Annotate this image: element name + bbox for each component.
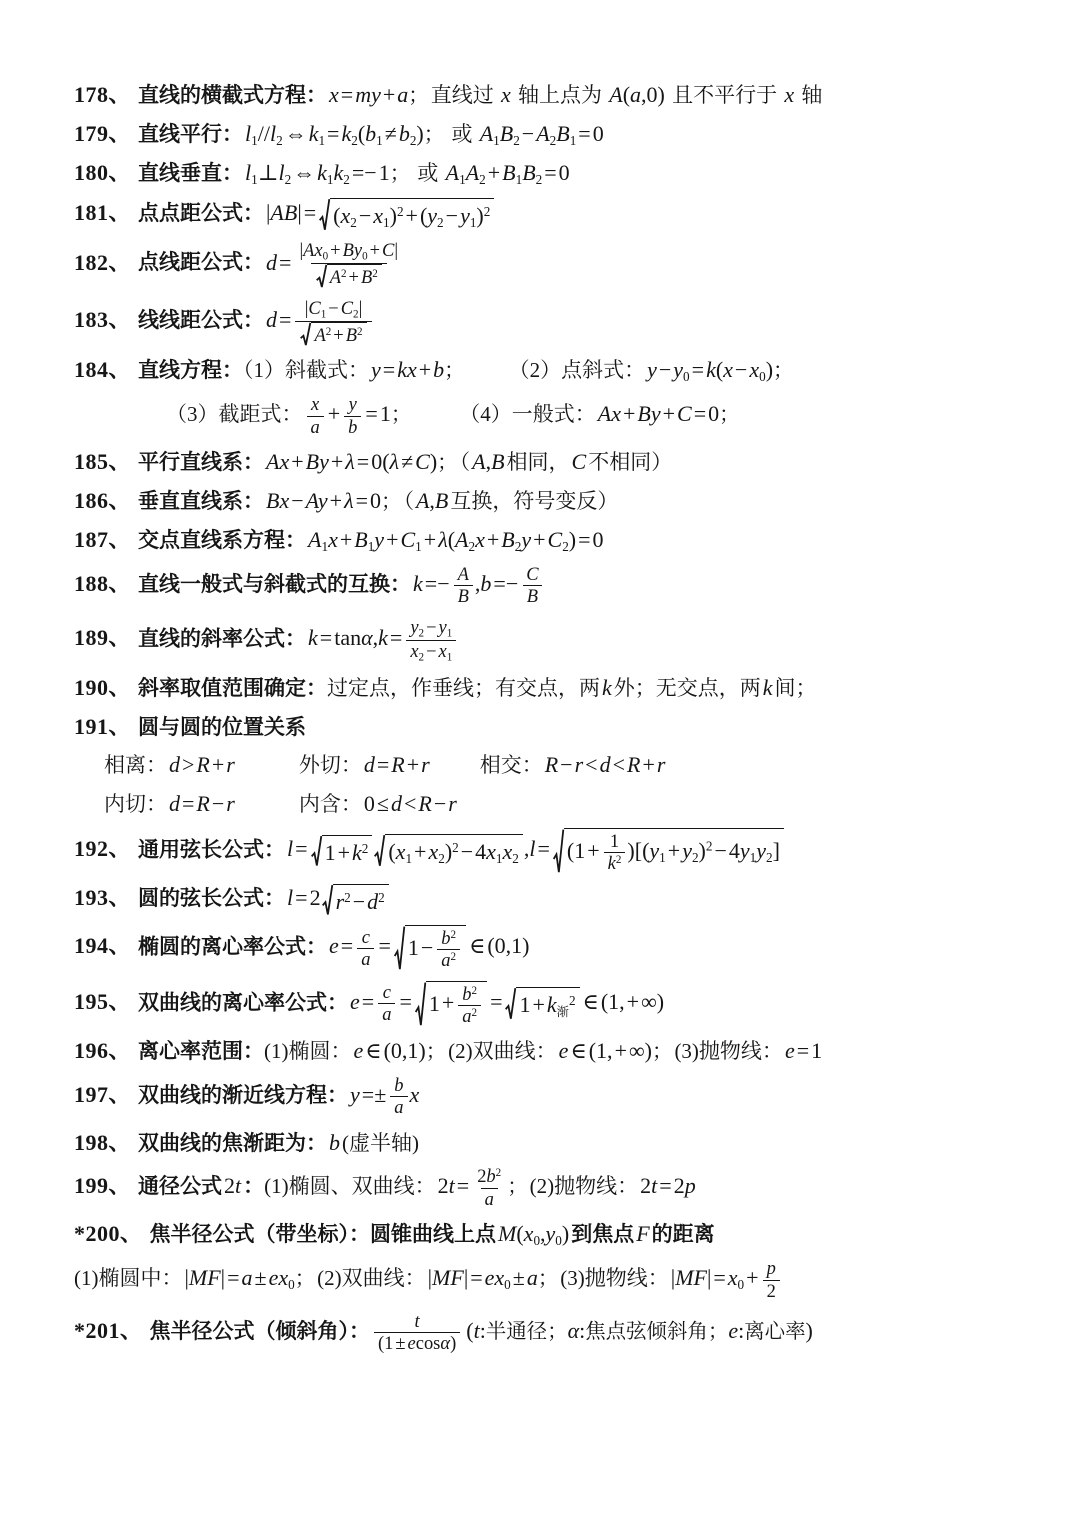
item-number: 178、 [74, 82, 138, 107]
fraction: b2a2 [458, 984, 481, 1028]
math-expression: 0≤d<R−r [362, 791, 459, 816]
math-expression: |AB|=(x2−x1)2+(y2−y1)2 [264, 200, 497, 225]
formula-line-184: 184、直线方程：（1）斜截式：y=kx+b；（2）点斜式：y−y0=k(x−x… [74, 355, 1044, 385]
math-expression: k=−AB,b=−CB [411, 571, 547, 596]
formula-line-190: 190、斜率取值范围确定：过定点，作垂线；有交点，两k外；无交点，两k间； [74, 673, 1044, 703]
formula-line-189: 189、直线的斜率公式：k=tanα,k=y2−y1x2−x1 [74, 617, 1044, 664]
item-heading: 线线距公式： [138, 309, 264, 332]
math-expression: Bx−Ay+λ=0； [264, 488, 403, 513]
item-heading: 点线距公式： [138, 252, 264, 275]
math-expression: e=ca=1−b2a2∈(0,1) [327, 933, 532, 958]
radical: 1+k2 [311, 835, 373, 867]
fraction: yb [344, 394, 361, 438]
radical: (1+1k2)[(y1+y2)2−4y1y2] [553, 828, 784, 875]
item-text: (3)抛物线： [560, 1266, 669, 1290]
item-number: 184、 [74, 357, 138, 382]
fraction: xa [307, 394, 324, 438]
spacer [237, 810, 299, 811]
item-heading: 垂直直线系： [138, 490, 264, 513]
math-expression: d=|C1−C2|A2+B2 [264, 307, 376, 332]
math-expression: Ax+By+λ=0(λ≠C)； [264, 449, 460, 474]
radical-sign-icon [553, 828, 564, 875]
radical-sign-icon [311, 835, 322, 867]
fraction: |C1−C2|A2+B2 [295, 298, 371, 346]
fraction: t(1±ecosα) [374, 1311, 460, 1355]
item-text: (3)抛物线： [674, 1039, 783, 1063]
spacer [432, 771, 480, 772]
item-text: 相同， [507, 450, 570, 474]
item-text: 外；无交点，两 [614, 676, 761, 700]
formula-line-194: 194、椭圆的离心率公式：e=ca=1−b2a2∈(0,1) [74, 925, 1044, 972]
math-expression: d=R−r [167, 791, 237, 816]
formula-line-184b: （3）截距式：xa+yb=1；（4）一般式：Ax+By+C=0； [74, 394, 1044, 438]
item-number: 192、 [74, 836, 138, 861]
math-expression: x [782, 82, 796, 107]
radical-sign-icon [316, 264, 327, 288]
math-expression: 2t=2p [638, 1173, 698, 1198]
math-expression: e=1 [783, 1038, 824, 1063]
item-heading: 直线平行： [138, 123, 243, 146]
item-heading: 通用弦长公式： [138, 838, 285, 861]
item-text: 间； [775, 676, 817, 700]
item-heading: 到焦点 [571, 1223, 634, 1246]
item-heading: 的距离 [652, 1223, 715, 1246]
item-text: （3）截距式： [166, 402, 303, 426]
math-expression: d=R+r [362, 752, 432, 777]
formula-line-198: 198、双曲线的焦渐距为：b(虚半轴) [74, 1128, 1044, 1158]
radical: 1+b2a2 [415, 981, 487, 1028]
item-text: （4）一般式： [459, 402, 596, 426]
item-number: 190、 [74, 675, 138, 700]
formula-line-187: 187、交点直线系方程：A1x+B1y+C1+λ(A2x+B2y+C2)=0 [74, 525, 1044, 555]
item-text: (2)双曲线： [317, 1266, 426, 1290]
math-expression: k [761, 675, 775, 700]
math-expression: A1A2+B1B2=0 [444, 160, 572, 185]
item-text: (1)椭圆中： [74, 1266, 183, 1290]
item-heading: 圆与圆的位置关系 [138, 716, 306, 739]
item-heading: 离心率范围： [138, 1040, 264, 1063]
item-heading: 直线一般式与斜截式的互换： [138, 573, 411, 596]
spacer [237, 771, 299, 772]
math-expression: (t:半通径；α:焦点弦倾斜角；e:离心率) [464, 1318, 815, 1343]
math-expression: A1x+B1y+C1+λ(A2x+B2y+C2)=0 [306, 527, 606, 552]
formula-line-191b: 内切：d=R−r内含：0≤d<R−r [74, 789, 1044, 819]
fraction: 1k2 [604, 831, 626, 875]
radical: A2+B2 [316, 264, 382, 288]
math-expression: xa+yb=1； [303, 401, 414, 426]
math-expression: d>R+r [167, 752, 237, 777]
item-heading: ： [243, 1175, 264, 1198]
item-number: 193、 [74, 885, 138, 910]
item-number: 188、 [74, 571, 138, 596]
math-expression: 2t [222, 1173, 243, 1198]
radical: A2+B2 [300, 322, 366, 346]
item-text: 轴上点为 [513, 83, 608, 107]
item-heading: 圆的弦长公式： [138, 887, 285, 910]
item-heading: 点点距公式： [138, 202, 264, 225]
item-heading: 直线的横截式方程： [138, 84, 327, 107]
fraction: ca [357, 927, 374, 971]
formula-line-178: 178、直线的横截式方程：x=my+a；直线过 x 轴上点为 A(a,0) 且不… [74, 80, 1044, 110]
fraction: ba [390, 1075, 407, 1119]
radical: (x2−x1)2+(y2−y1)2 [319, 198, 494, 231]
formula-line-201: *201、焦半径公式（倾斜角）：t(1±ecosα)(t:半通径；α:焦点弦倾斜… [74, 1311, 1044, 1355]
item-text: （ [403, 489, 414, 513]
formula-line-195: 195、双曲线的离心率公式：e=ca=1+b2a2=1+k渐2∈(1,+∞) [74, 981, 1044, 1028]
formula-line-182: 182、点线距公式：d=|Ax0+By0+C|A2+B2 [74, 240, 1044, 288]
item-heading: 平行直线系： [138, 451, 264, 474]
item-number: *200、 [74, 1221, 150, 1246]
item-number: *201、 [74, 1318, 150, 1343]
formula-line-179: 179、直线平行：l1//l2⇔k1=k2(b1≠b2)； 或 A1B2−A2B… [74, 119, 1044, 149]
math-expression: k=tanα,k=y2−y1x2−x1 [306, 625, 460, 650]
item-number: 198、 [74, 1130, 138, 1155]
radical-sign-icon [300, 322, 311, 346]
item-number: 191、 [74, 714, 138, 739]
math-expression: C [570, 449, 589, 474]
item-heading: 通径公式 [138, 1175, 222, 1198]
radical-sign-icon [394, 925, 405, 972]
spacer [467, 376, 509, 377]
item-heading: 椭圆的离心率公式： [138, 935, 327, 958]
math-expression: e∈(1,+∞)； [557, 1038, 675, 1063]
fraction: y2−y1x2−x1 [406, 617, 456, 664]
formula-line-186: 186、垂直直线系：Bx−Ay+λ=0；（A,B互换，符号变反） [74, 486, 1044, 516]
math-expression: k [600, 675, 614, 700]
math-expression: e=ca=1+b2a2=1+k渐2∈(1,+∞) [348, 989, 666, 1014]
math-expression: b [327, 1130, 342, 1155]
math-expression: 2t=2b2a； [436, 1173, 530, 1198]
formula-line-191a: 相离：d>R+r外切：d=R+r相交：R−r<d<R+r [74, 750, 1044, 780]
item-heading: 双曲线的焦渐距为： [138, 1132, 327, 1155]
item-text: 过定点，作垂线；有交点，两 [327, 676, 600, 700]
math-expression: |MF|=ex0±a； [426, 1265, 561, 1290]
item-number: 189、 [74, 625, 138, 650]
item-text: 或 [412, 161, 444, 185]
item-text: 外切： [299, 753, 362, 777]
radical-sign-icon [319, 198, 330, 231]
item-heading: 焦半径公式（倾斜角）： [150, 1320, 371, 1343]
math-expression: l=2r2−d2 [285, 885, 392, 910]
item-number: 195、 [74, 989, 138, 1014]
item-number: 179、 [74, 121, 138, 146]
item-text: 或 [446, 122, 478, 146]
spacer [413, 420, 459, 421]
item-heading: 直线的斜率公式： [138, 627, 306, 650]
math-expression: A,B [470, 449, 506, 474]
item-number: 194、 [74, 933, 138, 958]
formula-line-200b: (1)椭圆中：|MF|=a±ex0；(2)双曲线：|MF|=ex0±a；(3)抛… [74, 1258, 1044, 1302]
formula-line-185: 185、平行直线系：Ax+By+λ=0(λ≠C)；（A,B相同，C不相同） [74, 447, 1044, 477]
math-expression: y=±bax [348, 1082, 421, 1107]
radical: 1+k渐2 [505, 987, 579, 1020]
fraction: p2 [763, 1258, 780, 1302]
item-heading: 交点直线系方程： [138, 529, 306, 552]
item-heading: 双曲线的渐近线方程： [138, 1084, 348, 1107]
math-expression: x=my+a； [327, 82, 431, 107]
item-number: 183、 [74, 307, 138, 332]
formula-line-199: 199、通径公式2t：(1)椭圆、双曲线：2t=2b2a；(2)抛物线：2t=2… [74, 1166, 1044, 1210]
radical-sign-icon [374, 834, 385, 867]
item-text: （1）斜截式： [243, 358, 369, 382]
radical-sign-icon [322, 884, 333, 916]
formula-line-197: 197、双曲线的渐近线方程：y=±bax [74, 1075, 1044, 1119]
math-expression: |MF|=x0+p2 [669, 1265, 784, 1290]
fraction: 2b2a [473, 1166, 505, 1210]
radical: 1−b2a2 [394, 925, 466, 972]
fraction: |Ax0+By0+C|A2+B2 [295, 240, 402, 288]
math-expression: Ax+By+C=0； [596, 401, 742, 426]
math-expression: y−y0=k(x−x0)； [645, 357, 795, 382]
item-text: 且不平行于 [667, 83, 783, 107]
formula-line-193: 193、圆的弦长公式：l=2r2−d2 [74, 883, 1044, 916]
item-number: 182、 [74, 250, 138, 275]
formula-line-196: 196、离心率范围：(1)椭圆：e∈(0,1)；(2)双曲线：e∈(1,+∞)；… [74, 1036, 1044, 1066]
formula-line-183: 183、线线距公式：d=|C1−C2|A2+B2 [74, 298, 1044, 346]
formula-line-200: *200、焦半径公式（带坐标）：圆锥曲线上点M(x0,y0)到焦点F的距离 [74, 1219, 1044, 1249]
formula-line-192: 192、通用弦长公式：l=1+k2(x1+x2)2−4x1x2,l=(1+1k2… [74, 828, 1044, 875]
math-expression: y=kx+b； [369, 357, 467, 382]
item-number: 199、 [74, 1173, 138, 1198]
item-text: 不相同） [588, 450, 672, 474]
item-text: 直线过 [431, 83, 499, 107]
formula-lines: 178、直线的横截式方程：x=my+a；直线过 x 轴上点为 A(a,0) 且不… [74, 80, 1044, 1354]
item-number: 196、 [74, 1038, 138, 1063]
item-text: （2）点斜式： [509, 358, 646, 382]
formula-line-191: 191、圆与圆的位置关系 [74, 712, 1044, 742]
math-expression: x [499, 82, 513, 107]
item-text: 内含： [299, 792, 362, 816]
item-text: （ [460, 450, 471, 474]
item-number: 185、 [74, 449, 138, 474]
item-number: 181、 [74, 200, 138, 225]
math-expression: t(1±ecosα) [370, 1318, 464, 1343]
math-expression: R−r<d<R+r [543, 752, 668, 777]
fraction: CB [522, 564, 542, 608]
item-text: (虚半轴) [342, 1131, 419, 1155]
math-expression: A1B2−A2B1=0 [478, 121, 606, 146]
formula-line-188: 188、直线一般式与斜截式的互换：k=−AB,b=−CB [74, 564, 1044, 608]
item-heading: 直线垂直： [138, 162, 243, 185]
item-text: (2)双曲线： [448, 1039, 557, 1063]
item-text: 互换，符号变反） [450, 489, 618, 513]
math-expression: M(x0,y0) [496, 1221, 571, 1246]
math-expression: l=1+k2(x1+x2)2−4x1x2,l=(1+1k2)[(y1+y2)2−… [285, 836, 787, 861]
formula-line-181: 181、点点距公式：|AB|=(x2−x1)2+(y2−y1)2 [74, 198, 1044, 232]
radical: r2−d2 [322, 884, 389, 916]
fraction: ca [378, 982, 395, 1026]
math-expression: A,B [414, 488, 450, 513]
formula-line-180: 180、直线垂直：l1⊥l2⇔k1k2=−1； 或 A1A2+B1B2=0 [74, 158, 1044, 188]
radical-sign-icon [505, 987, 516, 1020]
item-heading: 双曲线的离心率公式： [138, 991, 348, 1014]
item-text: 相交： [480, 753, 543, 777]
radical-sign-icon [415, 981, 426, 1028]
math-expression: |MF|=a±ex0； [183, 1265, 318, 1290]
item-heading: 直线方程： [138, 359, 243, 382]
math-expression: F [634, 1221, 651, 1246]
item-text: 内切： [104, 792, 167, 816]
math-expression: d=|Ax0+By0+C|A2+B2 [264, 250, 406, 275]
item-text: 相离： [104, 753, 167, 777]
item-heading: 焦半径公式（带坐标）：圆锥曲线上点 [150, 1223, 497, 1246]
item-number: 180、 [74, 160, 138, 185]
radical: (x1+x2)2−4x1x2 [374, 834, 523, 867]
item-text: 轴 [796, 83, 822, 107]
item-heading: 斜率取值范围确定： [138, 677, 327, 700]
item-number: 197、 [74, 1082, 138, 1107]
math-expression: A(a,0) [607, 82, 667, 107]
fraction: b2a2 [437, 928, 460, 972]
formula-sheet: 178、直线的横截式方程：x=my+a；直线过 x 轴上点为 A(a,0) 且不… [0, 0, 1080, 1527]
math-expression: e∈(0,1)； [352, 1038, 449, 1063]
item-text: (2)抛物线： [530, 1174, 639, 1198]
item-number: 186、 [74, 488, 138, 513]
fraction: AB [454, 564, 473, 608]
item-text: (1)椭圆： [264, 1039, 352, 1063]
item-text: (1)椭圆、双曲线： [264, 1174, 436, 1198]
math-expression: l1⊥l2⇔k1k2=−1； [243, 160, 412, 185]
math-expression: l1//l2⇔k1=k2(b1≠b2)； [243, 121, 446, 146]
item-number: 187、 [74, 527, 138, 552]
